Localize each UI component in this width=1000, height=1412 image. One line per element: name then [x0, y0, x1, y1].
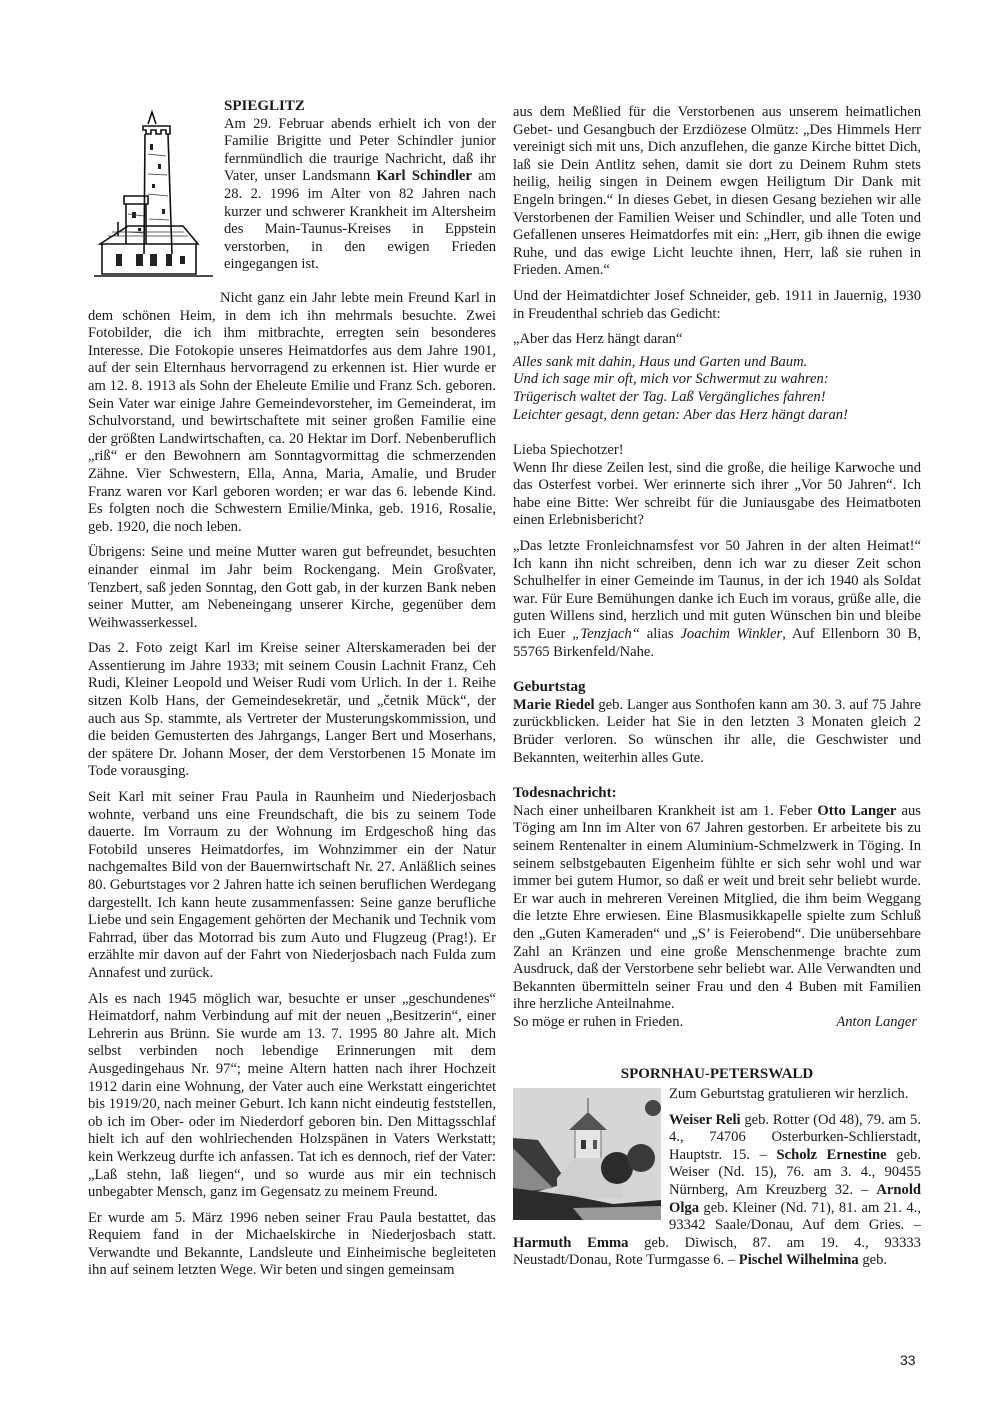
- poem-line: Trügerisch waltet der Tag. Laß Vergängli…: [513, 389, 921, 407]
- left-column: SPIEGLITZ Am 29. Februar abends erhielt …: [88, 98, 496, 1288]
- paragraph: Er wurde am 5. März 1996 neben seiner Fr…: [88, 1210, 496, 1280]
- letter-greeting: Lieba Spiechotzer!: [513, 442, 921, 460]
- page-number: 33: [900, 1352, 916, 1368]
- obituary-signature: Anton Langer: [836, 1014, 921, 1032]
- birthday-entry-name: Scholz Ernestine: [777, 1147, 887, 1163]
- paragraph: Und der Heimatdichter Josef Schneider, g…: [513, 288, 921, 323]
- paragraph: aus dem Meßlied für die Verstorbenen aus…: [513, 104, 921, 280]
- right-column: aus dem Meßlied für die Verstorbenen aus…: [513, 104, 921, 1270]
- paragraph: Das 2. Foto zeigt Karl im Kreise seiner …: [88, 640, 496, 781]
- obituary-paragraph: Nach einer unheilbaren Krankheit ist am …: [513, 803, 921, 1014]
- birthday-paragraph: Marie Riedel geb. Langer aus Sonthofen k…: [513, 697, 921, 767]
- paragraph: Nicht ganz ein Jahr lebte mein Freund Ka…: [88, 290, 496, 536]
- birthday-entry-name: Pischel Wilhelmina: [739, 1252, 859, 1268]
- obituary-closing: So möge er ruhen in Frieden. Anton Lange…: [513, 1014, 921, 1032]
- birthday-entry-name: Weiser Reli: [669, 1112, 741, 1128]
- letter-paragraph: Wenn Ihr diese Zeilen lest, sind die gro…: [513, 460, 921, 530]
- tower-icon: [88, 104, 218, 290]
- letter-author: Joachim Winkler: [680, 626, 782, 642]
- paragraph: Seit Karl mit seiner Frau Paula in Raunh…: [88, 789, 496, 983]
- poem-line: Leichter gesagt, denn getan: Aber das He…: [513, 407, 921, 425]
- birthday-name: Marie Riedel: [513, 697, 595, 713]
- section-title-obituary: Todesnachricht:: [513, 785, 921, 803]
- church-photo-icon: [513, 1088, 661, 1220]
- birthday-entry-name: Harmuth Emma: [513, 1235, 628, 1251]
- paragraph: Übrigens: Seine und meine Mutter waren g…: [88, 544, 496, 632]
- tower-illustration: [88, 104, 218, 290]
- poem-line: Und ich sage mir oft, mich vor Schwermut…: [513, 371, 921, 389]
- section-title-spornhau: SPORNHAU-PETERSWALD: [513, 1066, 921, 1084]
- obituary-name: Otto Langer: [817, 803, 896, 819]
- poem: Alles sank mit dahin, Haus und Garten un…: [513, 354, 921, 424]
- church-photo: [513, 1088, 661, 1220]
- poem-title: „Aber das Herz hängt daran“: [513, 331, 921, 349]
- deceased-name: Karl Schindler: [376, 168, 471, 184]
- section-title-birthday: Geburtstag: [513, 679, 921, 697]
- letter-paragraph: „Das letzte Fronleichnamsfest vor 50 Jah…: [513, 538, 921, 661]
- poem-line: Alles sank mit dahin, Haus und Garten un…: [513, 354, 921, 372]
- paragraph: Als es nach 1945 möglich war, besuchte e…: [88, 991, 496, 1202]
- letter-nickname: „Tenzjach“: [572, 626, 640, 642]
